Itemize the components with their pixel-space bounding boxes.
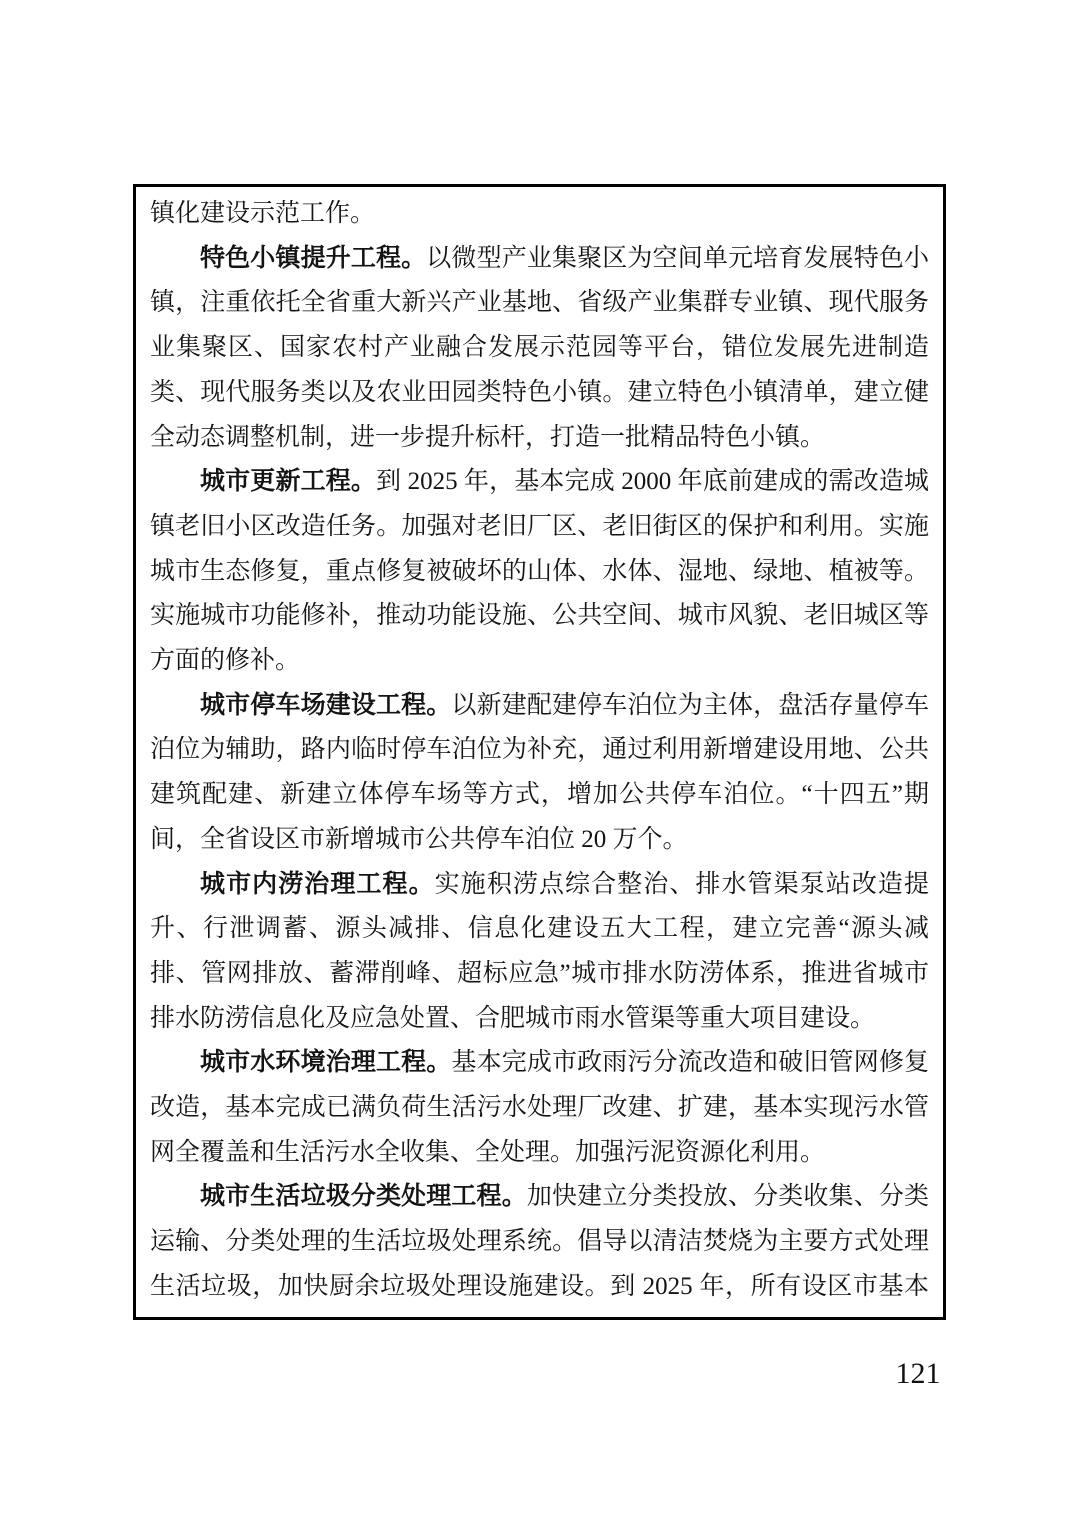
page-number: 121: [888, 1357, 948, 1391]
paragraph-lead: 城市生活垃圾分类处理工程。: [200, 1183, 527, 1210]
paragraph-featured-towns: 特色小镇提升工程。以微型产业集聚区为空间单元培育发展特色小镇，注重依托全省重大新…: [150, 237, 929, 461]
paragraph-text: 镇化建设示范工作。: [150, 200, 375, 227]
paragraph-parking-construction: 城市停车场建设工程。以新建配建停车泊位为主体，盘活存量停车泊位为辅助，路内临时停…: [150, 684, 929, 863]
paragraph-lead: 城市更新工程。: [200, 468, 376, 495]
paragraph-text: 到 2025 年，基本完成 2000 年底前建成的需改造城镇老旧小区改造任务。加…: [150, 468, 929, 674]
paragraph-lead: 城市停车场建设工程。: [200, 692, 451, 719]
paragraph-water-environment: 城市水环境治理工程。基本完成市政雨污分流改造和破旧管网修复改造，基本完成已满负荷…: [150, 1041, 929, 1175]
paragraph-urban-renewal: 城市更新工程。到 2025 年，基本完成 2000 年底前建成的需改造城镇老旧小…: [150, 460, 929, 684]
paragraph-waste-sorting: 城市生活垃圾分类处理工程。加快建立分类投放、分类收集、分类运输、分类处理的生活垃…: [150, 1175, 929, 1320]
paragraph-lead: 城市水环境治理工程。: [200, 1049, 451, 1076]
paragraph-waterlogging-control: 城市内涝治理工程。实施积涝点综合整治、排水管渠泵站改造提升、行泄调蓄、源头减排、…: [150, 863, 929, 1042]
text-border-frame: 镇化建设示范工作。 特色小镇提升工程。以微型产业集聚区为空间单元培育发展特色小镇…: [133, 184, 946, 1320]
paragraph-lead: 特色小镇提升工程。: [200, 245, 426, 272]
paragraph-lead: 城市内涝治理工程。: [200, 871, 435, 898]
paragraph-continuation: 镇化建设示范工作。: [150, 192, 929, 237]
paragraph-text: 以微型产业集聚区为空间单元培育发展特色小镇，注重依托全省重大新兴产业基地、省级产…: [150, 245, 929, 451]
